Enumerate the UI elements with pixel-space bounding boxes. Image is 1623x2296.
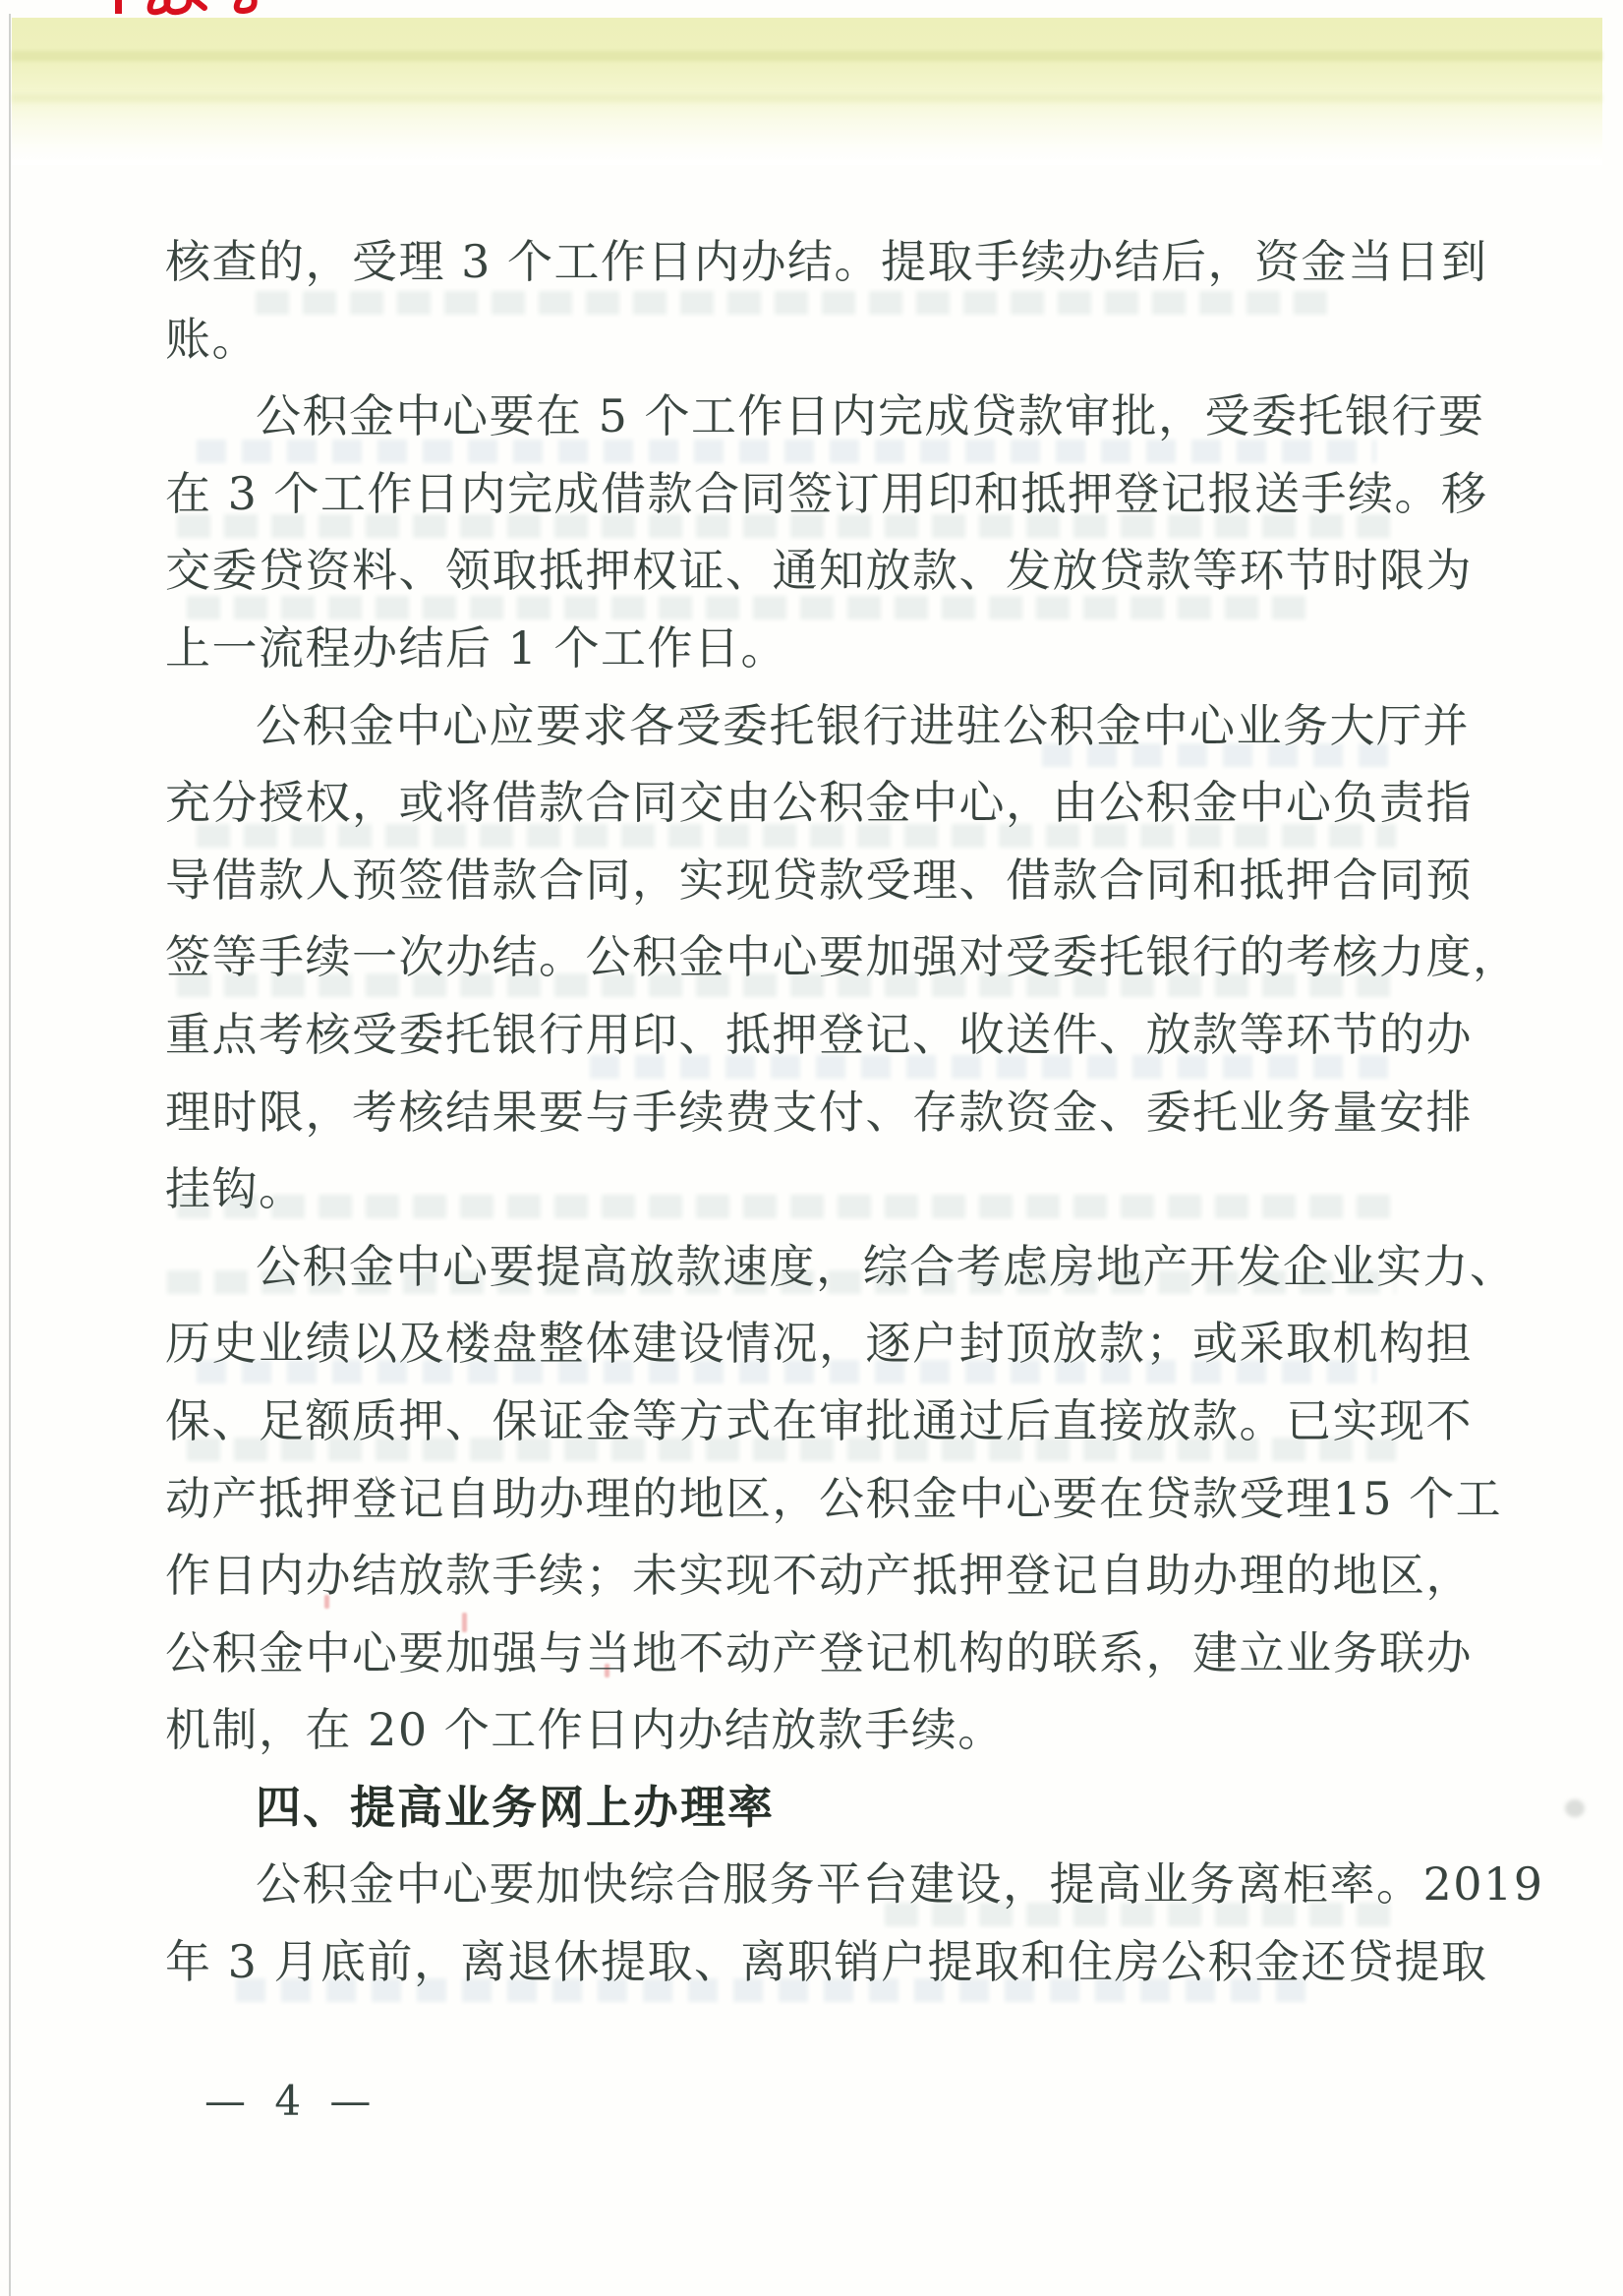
text-line: 导借款人预签借款合同，实现贷款受理、借款合同和抵押合同预 (165, 842, 1414, 919)
text-line: 理时限，考核结果要与手续费支付、存款资金、委托业务量安排 (165, 1074, 1414, 1151)
text-line: 上一流程办结后 1 个工作日。 (165, 610, 1414, 687)
scanned-document-page: 核查的，受理 3 个工作日内办结。提取手续办结后，资金当日到 账。 公积金中心要… (0, 0, 1623, 2296)
text-line: 重点考核受委托银行用印、抵押登记、收送件、放款等环节的办 (165, 996, 1414, 1074)
red-pen-mark-fragments (93, 0, 290, 16)
text-line: 保、足额质押、保证金等方式在审批通过后直接放款。已实现不 (165, 1383, 1414, 1460)
top-yellow-band (12, 18, 1602, 165)
band-streak (12, 94, 1602, 102)
text-line: 挂钩。 (165, 1150, 1414, 1228)
gray-smudge (1565, 1799, 1585, 1817)
red-scribble-icon (93, 0, 290, 16)
text-line: 交委贷资料、领取抵押权证、通知放款、发放贷款等环节时限为 (165, 532, 1414, 610)
text-line: 核查的，受理 3 个工作日内办结。提取手续办结后，资金当日到 (165, 223, 1414, 301)
scan-edge-line (9, 14, 11, 2296)
text-line: 公积金中心要提高放款速度，综合考虑房地产开发企业实力、 (165, 1228, 1414, 1306)
text-line: 充分授权，或将借款合同交由公积金中心，由公积金中心负责指 (165, 764, 1414, 842)
text-line: 公积金中心应要求各受委托银行进驻公积金中心业务大厅并 (165, 687, 1414, 765)
text-line: 公积金中心要加强与当地不动产登记机构的联系，建立业务联办 (165, 1615, 1414, 1692)
band-streak (12, 51, 1602, 61)
section-heading: 四、提高业务网上办理率 (165, 1769, 1414, 1847)
document-text-block: 核查的，受理 3 个工作日内办结。提取手续办结后，资金当日到 账。 公积金中心要… (165, 223, 1414, 2001)
text-line: 签等手续一次办结。公积金中心要加强对受委托银行的考核力度， (165, 918, 1414, 996)
text-line: 动产抵押登记自助办理的地区，公积金中心要在贷款受理15 个工 (165, 1460, 1414, 1538)
text-line: 公积金中心要在 5 个工作日内完成贷款审批，受委托银行要 (165, 378, 1414, 455)
text-line: 作日内办结放款手续；未实现不动产抵押登记自助办理的地区， (165, 1537, 1414, 1615)
text-line: 历史业绩以及楼盘整体建设情况，逐户封顶放款；或采取机构担 (165, 1305, 1414, 1383)
text-line: 账。 (165, 301, 1414, 379)
text-line: 机制，在 20 个工作日内办结放款手续。 (165, 1691, 1414, 1769)
text-line: 在 3 个工作日内完成借款合同签订用印和抵押登记报送手续。移 (165, 455, 1414, 533)
text-line: 公积金中心要加快综合服务平台建设，提高业务离柜率。2019 (165, 1846, 1414, 1923)
page-number: — 4 — (204, 2077, 378, 2125)
text-line: 年 3 月底前，离退休提取、离职销户提取和住房公积金还贷提取 (165, 1923, 1414, 2001)
